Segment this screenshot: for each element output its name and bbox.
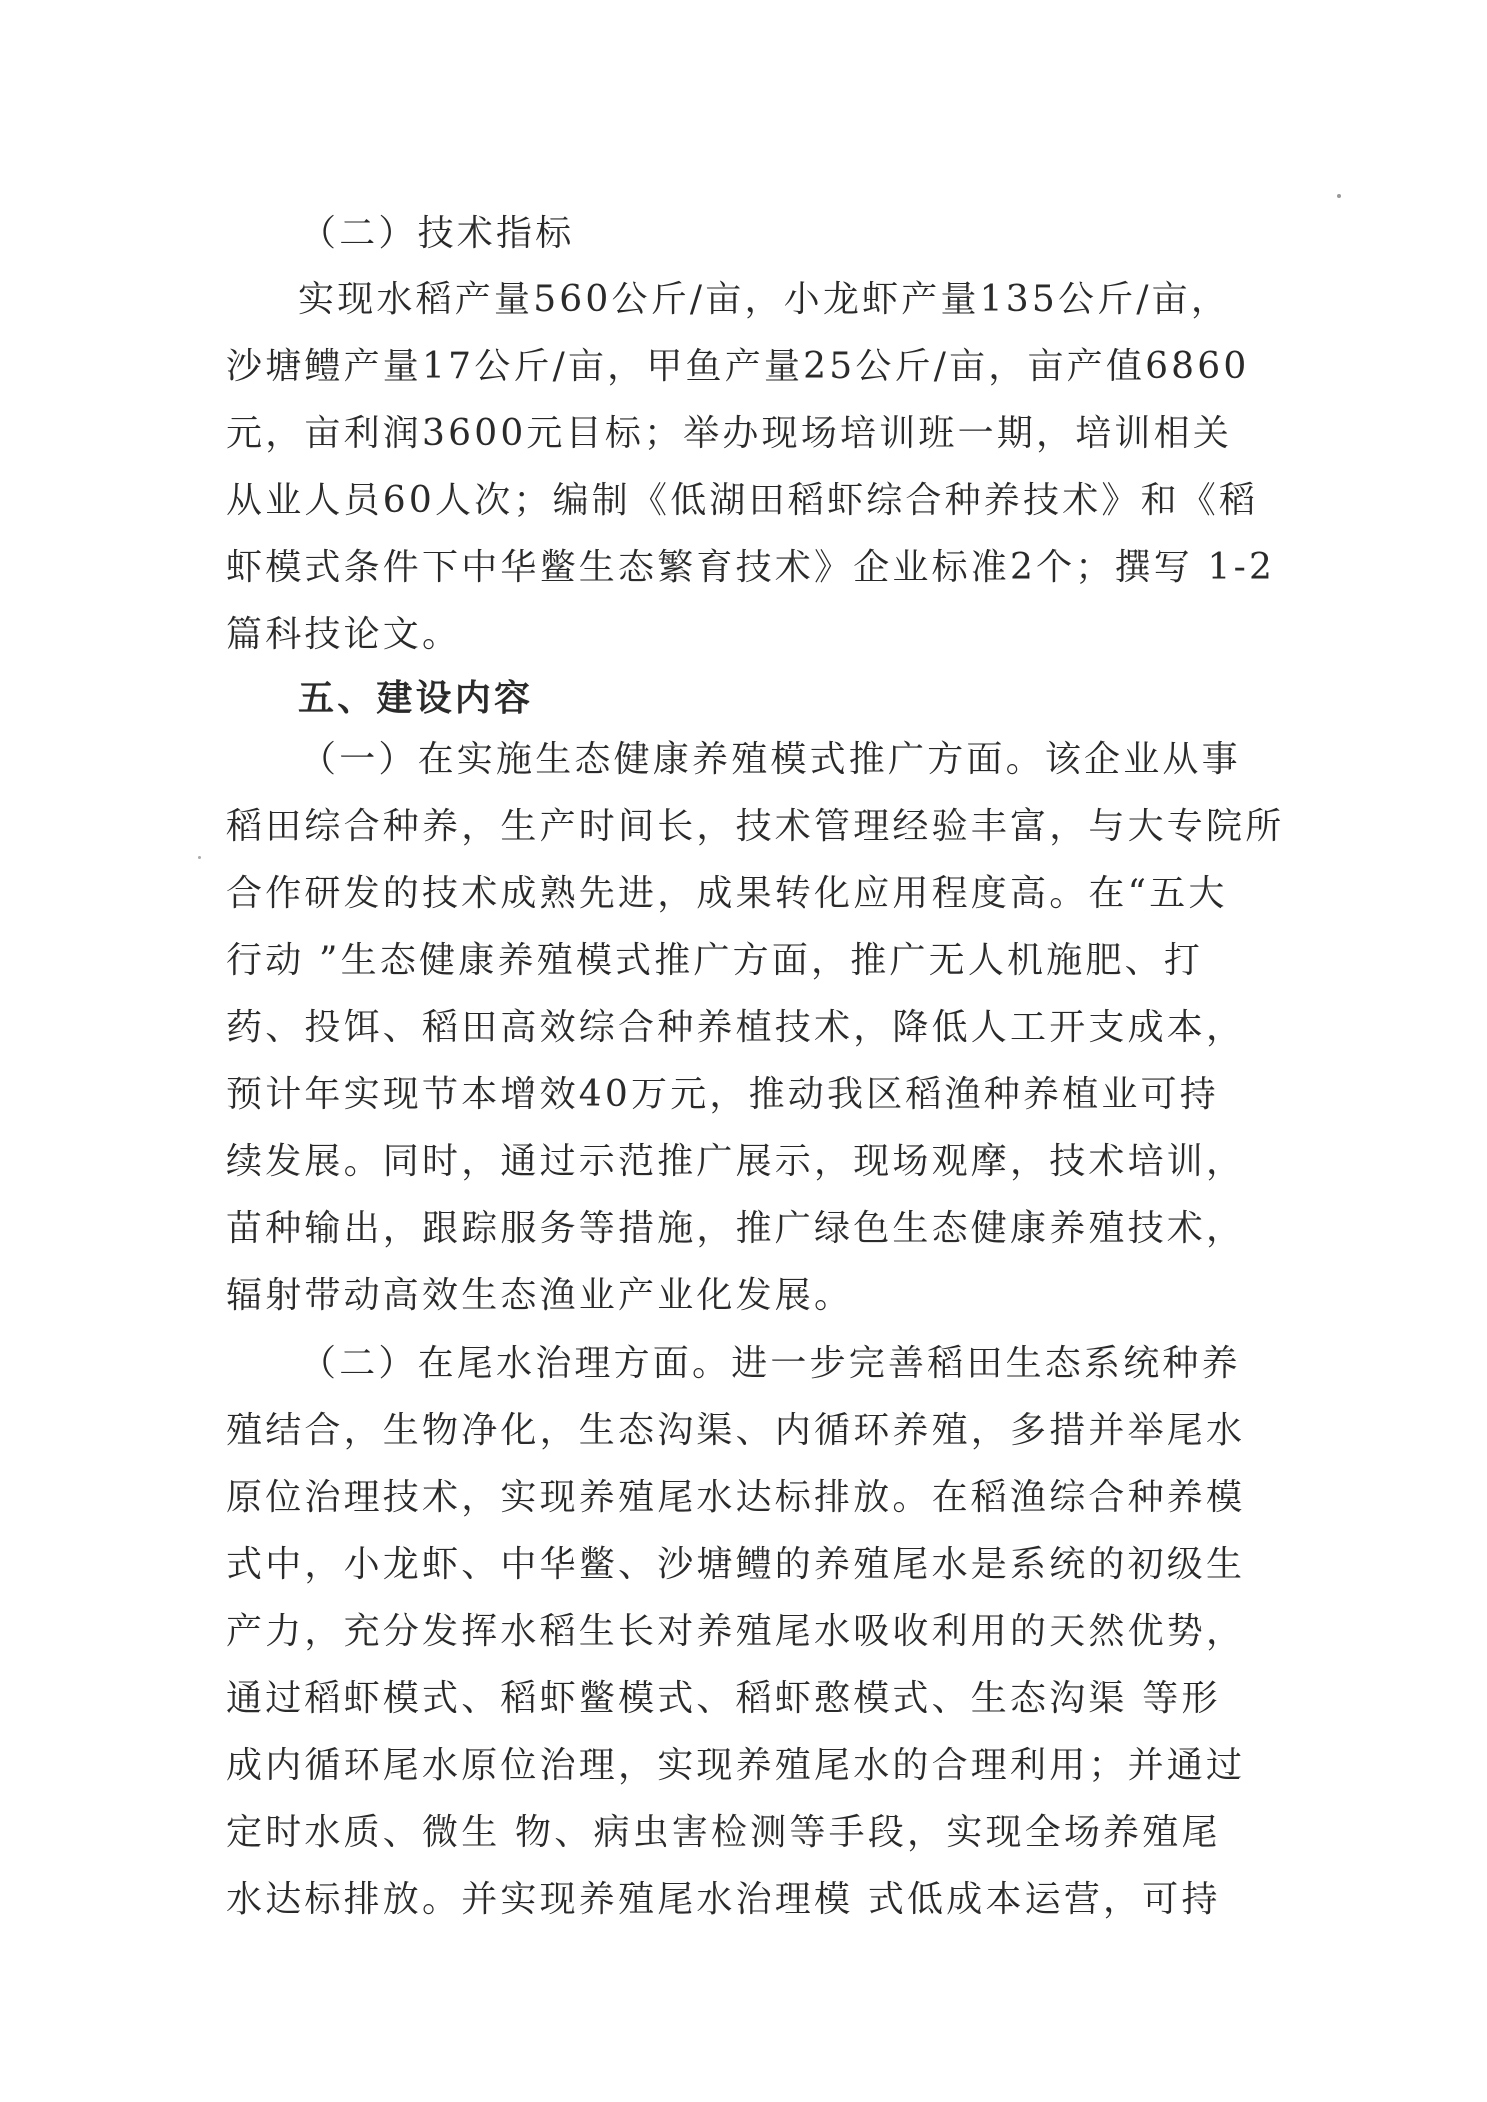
paragraph-line: 药、投饵、稻田高效综合种养植技术，降低人工开支成本，	[226, 1006, 1266, 1050]
paragraph-line: 续发展。同时，通过示范推广展示，现场观摩，技术培训，	[226, 1140, 1266, 1184]
section-heading-technical-indicators: （二）技术指标	[300, 212, 1340, 256]
subsection-heading-eco-farming: （一）在实施生态健康养殖模式推广方面。该企业从事	[300, 738, 1340, 782]
paragraph-line: 定时水质、微生 物、病虫害检测等手段，实现全场养殖尾	[226, 1811, 1266, 1855]
paragraph-line: 原位治理技术，实现养殖尾水达标排放。在稻渔综合种养模	[226, 1476, 1266, 1520]
paragraph-line: 苗种输出，跟踪服务等措施，推广绿色生态健康养殖技术，	[226, 1207, 1266, 1251]
paragraph-line: 虾模式条件下中华鳖生态繁育技术》企业标准2个；撰写 1-2	[226, 546, 1266, 590]
paragraph-line: 成内循环尾水原位治理，实现养殖尾水的合理利用；并通过	[226, 1744, 1266, 1788]
paragraph-line: 辐射带动高效生态渔业产业化发展。	[226, 1274, 1266, 1318]
document-page: （二）技术指标 实现水稻产量560公斤/亩，小龙虾产量135公斤/亩， 沙塘鳢产…	[0, 0, 1487, 2102]
paragraph-line: 合作研发的技术成熟先进，成果转化应用程度高。在“五大	[226, 872, 1266, 916]
paragraph-line: 元，亩利润3600元目标；举办现场培训班一期，培训相关	[226, 412, 1266, 456]
paragraph-line: 式中，小龙虾、中华鳖、沙塘鳢的养殖尾水是系统的初级生	[226, 1543, 1266, 1587]
paragraph-line: 篇科技论文。	[226, 613, 1266, 657]
paragraph-line: 实现水稻产量560公斤/亩，小龙虾产量135公斤/亩，	[298, 278, 1338, 322]
subsection-heading-tailwater: （二）在尾水治理方面。进一步完善稻田生态系统种养	[300, 1342, 1340, 1386]
scan-speck	[1337, 194, 1341, 198]
paragraph-line: 预计年实现节本增效40万元，推动我区稻渔种养植业可持	[226, 1073, 1266, 1117]
paragraph-line: 行动 ”生态健康养殖模式推广方面，推广无人机施肥、打	[226, 939, 1266, 983]
scan-speck	[198, 856, 201, 859]
paragraph-line: 通过稻虾模式、稻虾鳖模式、稻虾憨模式、生态沟渠 等形	[226, 1677, 1266, 1721]
paragraph-line: 产力，充分发挥水稻生长对养殖尾水吸收利用的天然优势，	[226, 1610, 1266, 1654]
section-heading-construction-content: 五、建设内容	[298, 676, 1338, 720]
paragraph-line: 水达标排放。并实现养殖尾水治理模 式低成本运营，可持	[226, 1878, 1266, 1922]
paragraph-line: 殖结合，生物净化，生态沟渠、内循环养殖，多措并举尾水	[226, 1409, 1266, 1453]
paragraph-line: 稻田综合种养，生产时间长，技术管理经验丰富，与大专院所	[226, 805, 1266, 849]
paragraph-line: 沙塘鳢产量17公斤/亩，甲鱼产量25公斤/亩，亩产值6860	[226, 345, 1266, 389]
paragraph-line: 从业人员60人次；编制《低湖田稻虾综合种养技术》和《稻	[226, 479, 1266, 523]
